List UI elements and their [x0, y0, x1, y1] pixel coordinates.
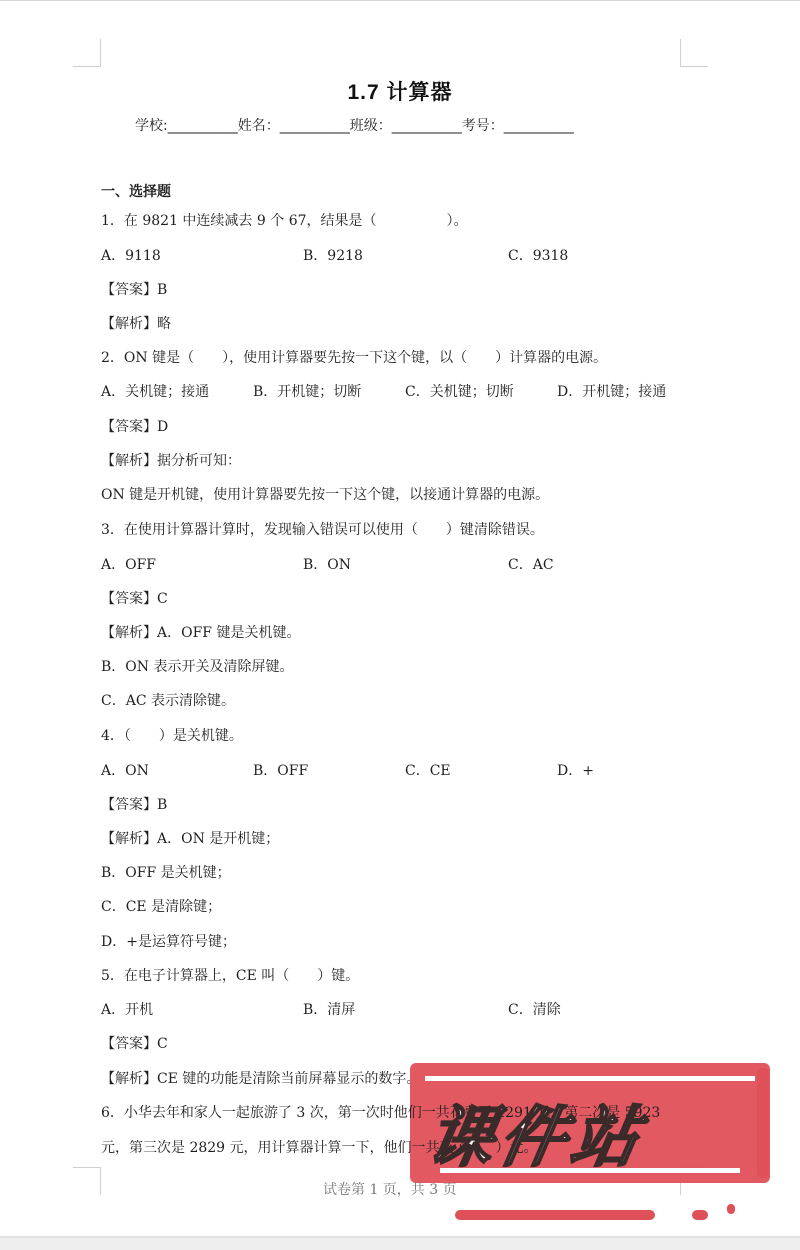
- document-title: 1.7 计算器: [0, 76, 800, 106]
- option-c: C．CE: [405, 762, 451, 780]
- margin-corner-mark: [73, 39, 101, 67]
- option-a: A．ON: [101, 762, 149, 780]
- question-3-analysis-c: C．AC 表示清除键。: [101, 692, 235, 710]
- question-5-answer: 【答案】C: [101, 1035, 168, 1053]
- question-2-stem: 2．ON 键是（ ），使用计算器要先按一下这个键，以（ ）计算器的电源。: [101, 349, 607, 367]
- option-a: A．9118: [101, 247, 161, 265]
- question-1-analysis: 【解析】略: [101, 315, 171, 333]
- question-4-answer: 【答案】B: [101, 796, 167, 814]
- page-footer: 试卷第 1 页，共 3 页: [323, 1179, 457, 1199]
- student-info-line: 学校:__________姓名：__________班级：__________考…: [135, 115, 574, 135]
- question-4-analysis-b: B．OFF 是关机键；: [101, 864, 231, 882]
- question-1-answer: 【答案】B: [101, 281, 167, 299]
- question-3-analysis: 【解析】A．OFF 键是关机键。: [101, 624, 300, 642]
- option-c: C．9318: [508, 247, 568, 265]
- question-3-analysis-b: B．ON 表示开关及清除屏键。: [101, 658, 293, 676]
- option-b: B．9218: [303, 247, 363, 265]
- option-b: B．开机键；切断: [253, 383, 361, 401]
- question-1-stem: 1．在 9821 中连续减去 9 个 67，结果是（ ）。: [101, 212, 468, 230]
- question-3-answer: 【答案】C: [101, 590, 168, 608]
- question-2-analysis-detail: ON 键是开机键，使用计算器要先按一下这个键，以接通计算器的电源。: [101, 486, 549, 504]
- section-heading: 一、选择题: [101, 183, 171, 201]
- option-c: C．清除: [508, 1001, 561, 1019]
- question-5-stem: 5．在电子计算器上，CE 叫（ ）键。: [101, 967, 359, 985]
- question-5-analysis: 【解析】CE 键的功能是清除当前屏幕显示的数字。: [101, 1070, 420, 1088]
- option-b: B．ON: [303, 556, 351, 574]
- option-d: D．开机键；接通: [557, 383, 666, 401]
- option-b: B．清屏: [303, 1001, 355, 1019]
- option-a: A．关机键；接通: [101, 383, 209, 401]
- watermark-stamp-texture: [600, 1210, 655, 1220]
- margin-corner-mark: [680, 39, 708, 67]
- option-a: A．OFF: [101, 556, 156, 574]
- watermark-text: 课件站: [422, 1103, 650, 1173]
- question-3-stem: 3．在使用计算器计算时，发现输入错误可以使用（ ）键清除错误。: [101, 521, 544, 539]
- option-c: C．关机键；切断: [405, 383, 514, 401]
- question-4-analysis-c: C．CE 是清除键；: [101, 898, 221, 916]
- question-4-analysis: 【解析】A．ON 是开机键；: [101, 830, 279, 848]
- watermark-stamp-texture: [692, 1210, 708, 1220]
- question-2-analysis: 【解析】据分析可知：: [101, 452, 241, 470]
- option-b: B．OFF: [253, 762, 308, 780]
- question-4-stem: 4．（ ）是关机键。: [101, 727, 243, 745]
- question-2-answer: 【答案】D: [101, 418, 168, 436]
- question-4-analysis-d: D．+是运算符号键；: [101, 933, 236, 951]
- margin-corner-mark: [73, 1167, 101, 1195]
- window-bottom-bar: [0, 1236, 800, 1250]
- option-c: C．AC: [508, 556, 554, 574]
- option-a: A．开机: [101, 1001, 153, 1019]
- watermark-stamp-texture: [425, 1076, 755, 1081]
- watermark-stamp-texture: [727, 1204, 735, 1214]
- option-d: D．+: [557, 762, 594, 780]
- watermark-stamp-edge: [757, 1068, 769, 1178]
